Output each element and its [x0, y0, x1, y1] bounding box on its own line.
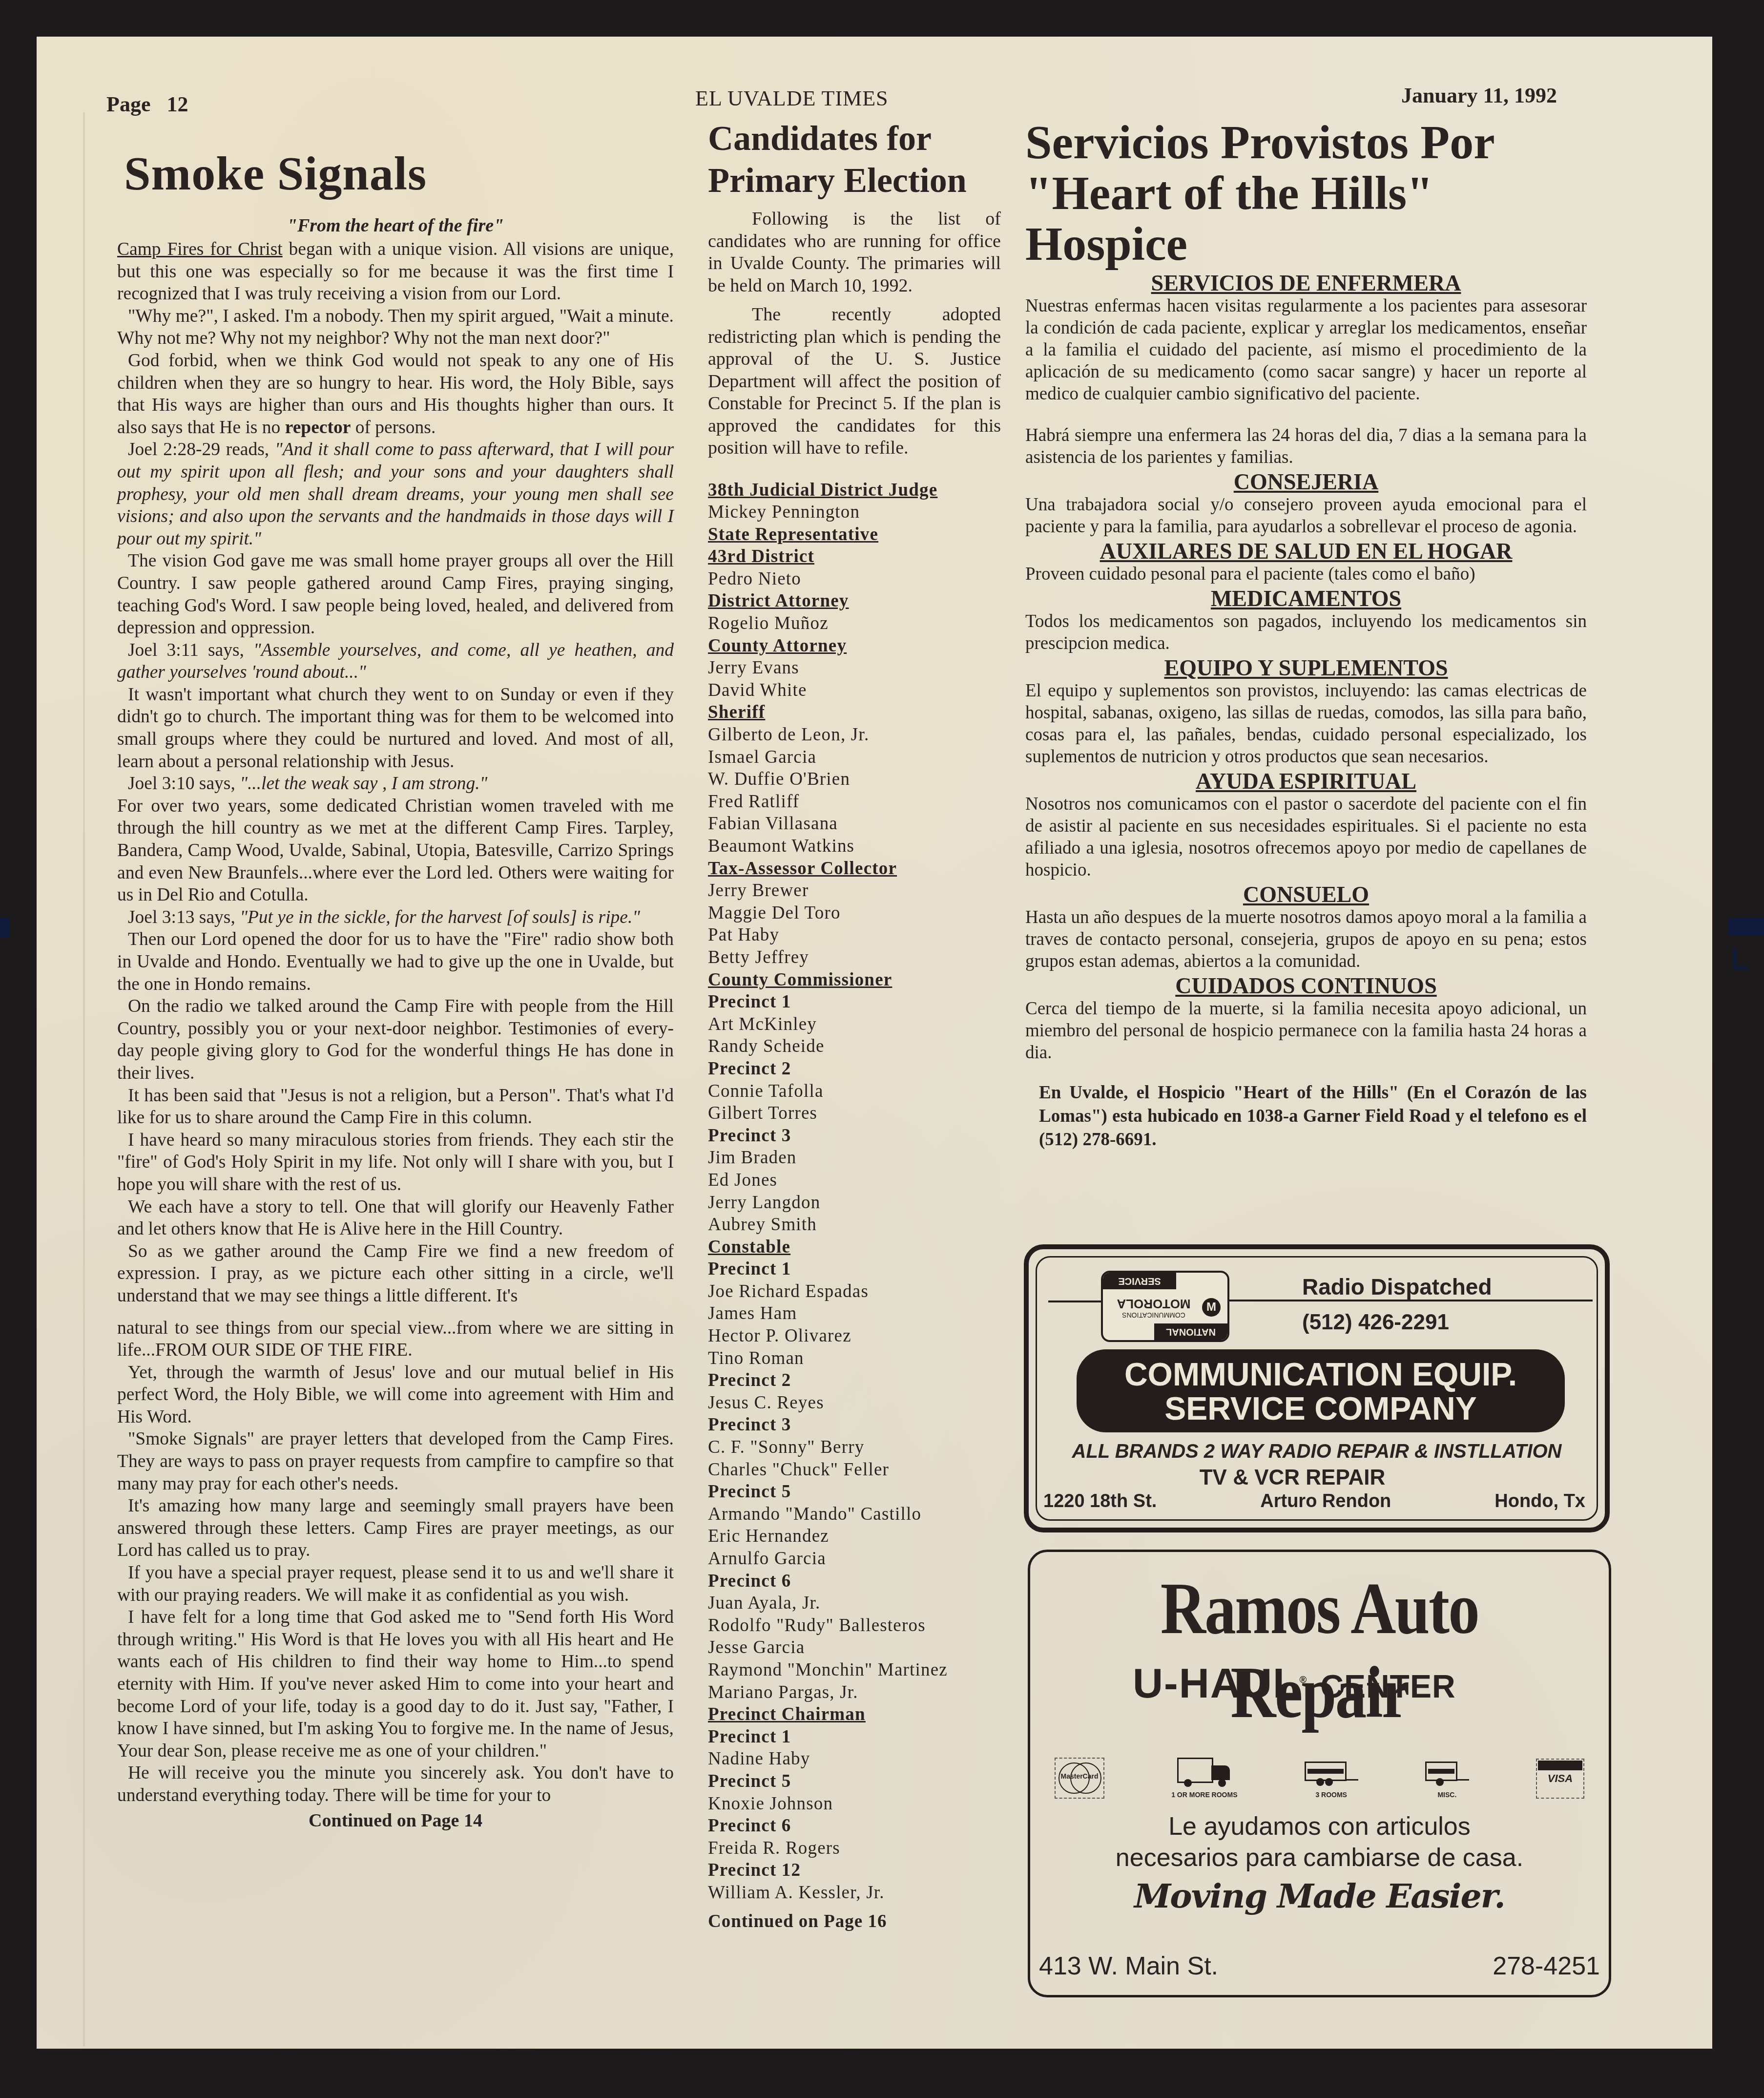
company-line: SERVICE COMPANY	[1077, 1391, 1565, 1426]
candidate-name: Ed Jones	[708, 1169, 1001, 1192]
candidate-name: Juan Ayala, Jr.	[708, 1592, 1001, 1615]
candidate-name: Art McKinley	[708, 1013, 1001, 1036]
ad-services: ALL BRANDS 2 WAY RADIO REPAIR & INSTLLAT…	[1029, 1441, 1605, 1463]
communication-equip-ad: SERVICE COMMUNICATIONS MOTOROLA M NATION…	[1024, 1244, 1610, 1532]
candidate-name: Knoxie Johnson	[708, 1793, 1001, 1815]
candidate-name: Charles "Chuck" Feller	[708, 1459, 1001, 1481]
office-heading: Constable	[708, 1236, 1001, 1259]
precinct-label: Precinct 2	[708, 1058, 1001, 1080]
paragraph: On the radio we talked around the Camp F…	[117, 995, 674, 1084]
paragraph: It's amazing how many large and seemingl…	[117, 1495, 674, 1562]
continued-link[interactable]: Continued on Page 16	[708, 1911, 1001, 1932]
paper-name: EL UVALDE TIMES	[695, 86, 889, 111]
precinct-label: Precinct 1	[708, 1726, 1001, 1748]
icon-caption: MISC.	[1437, 1791, 1456, 1799]
section-heading: CUIDADOS CONTINUOS	[1025, 974, 1587, 998]
article-title: Candidates for Primary Election	[708, 117, 1001, 201]
office-heading: Tax-Assessor Collector	[708, 858, 1001, 880]
paragraph: I have felt for a long time that God ask…	[117, 1606, 674, 1762]
radio-dispatched: Radio Dispatched	[1302, 1274, 1492, 1300]
office-heading: Precinct Chairman	[708, 1703, 1001, 1726]
title-line: Candidates for	[708, 117, 1001, 159]
icon-caption: 1 OR MORE ROOMS	[1171, 1791, 1237, 1799]
icon-caption: 3 ROOMS	[1315, 1791, 1347, 1799]
company-name-banner: COMMUNICATION EQUIP. SERVICE COMPANY	[1077, 1349, 1565, 1432]
article-subtitle: "From the heart of the fire"	[117, 215, 674, 236]
section-heading: AUXILARES DE SALUD EN EL HOGAR	[1025, 540, 1587, 563]
paper-fold	[83, 112, 85, 2046]
candidate-name: William A. Kessler, Jr.	[708, 1882, 1001, 1904]
logo-tab: NATIONAL	[1154, 1323, 1227, 1340]
candidate-name: David White	[708, 679, 1001, 702]
scripture-quote: "Put ye in the sickle, for the harvest […	[240, 907, 640, 927]
small-trailer-icon: MISC.	[1425, 1762, 1469, 1799]
background-strip	[0, 918, 10, 938]
ad-title: Ramos Auto Repair	[1071, 1567, 1568, 1735]
candidate-name: Joe Richard Espadas	[708, 1280, 1001, 1303]
title-line: Primary Election	[708, 159, 1001, 201]
ad-phone: (512) 426-2291	[1302, 1310, 1449, 1335]
truck-icon: 1 OR MORE ROOMS	[1171, 1758, 1237, 1799]
article-title: Smoke Signals	[124, 147, 674, 201]
divider	[1048, 1301, 1102, 1302]
precinct-label: Precinct 5	[708, 1770, 1001, 1793]
candidate-name: Aubrey Smith	[708, 1214, 1001, 1236]
icon-label: VISA	[1537, 1772, 1583, 1785]
section-paragraph: Una trabajadora social y/o consejero pro…	[1025, 494, 1587, 538]
section-heading: CONSUELO	[1025, 883, 1587, 906]
issue-date: January 11, 1992	[1401, 83, 1557, 108]
candidate-name: Hector P. Olivarez	[708, 1325, 1001, 1347]
tagline-line: Le ayudamos con articulos	[1030, 1811, 1609, 1842]
camp-fires-link[interactable]: Camp Fires for Christ	[117, 239, 283, 259]
hospice-address: En Uvalde, el Hospicio "Heart of the Hil…	[1039, 1081, 1587, 1152]
paragraph: We each have a story to tell. One that w…	[117, 1196, 674, 1240]
paragraph: For over two years, some dedicated Chris…	[117, 795, 674, 906]
paragraph: The recently adopted redistricting plan …	[708, 304, 1001, 460]
candidate-name: Jim Braden	[708, 1147, 1001, 1169]
paragraph: It has been said that "Jesus is not a re…	[117, 1085, 674, 1129]
spacer	[1025, 405, 1587, 424]
section-paragraph: Cerca del tiempo de la muerte, si la fam…	[1025, 998, 1587, 1064]
section-heading: CONSEJERIA	[1025, 470, 1587, 494]
logo-brand: MOTOROLA	[1110, 1296, 1198, 1311]
candidate-name: Connie Tafolla	[708, 1080, 1001, 1103]
candidate-name: Nadine Haby	[708, 1748, 1001, 1770]
ad-tv-repair: TV & VCR REPAIR	[980, 1466, 1605, 1490]
candidate-list: 38th Judicial District JudgeMickey Penni…	[708, 479, 1001, 1904]
office-heading: County Attorney	[708, 635, 1001, 657]
logo-name: COMMUNICATIONS MOTOROLA	[1110, 1296, 1198, 1319]
candidate-name: Jerry Evans	[708, 657, 1001, 679]
precinct-label: Precinct 3	[708, 1125, 1001, 1147]
candidate-name: Mickey Pennington	[708, 501, 1001, 524]
scripture-ref: Joel 2:28-29 reads,	[128, 440, 275, 460]
background-letter: L	[1731, 943, 1749, 976]
section-heading: EQUIPO Y SUPLEMENTOS	[1025, 656, 1587, 680]
candidate-name: Jerry Langdon	[708, 1192, 1001, 1214]
motorola-icon: M	[1202, 1298, 1221, 1317]
candidate-name: Rodolfo "Rudy" Ballesteros	[708, 1615, 1001, 1637]
continued-link[interactable]: Continued on Page 14	[117, 1810, 674, 1831]
candidate-name: Freida R. Rogers	[708, 1837, 1001, 1860]
large-trailer-icon: 3 ROOMS	[1305, 1762, 1358, 1799]
candidate-name: Jesse Garcia	[708, 1636, 1001, 1659]
scripture-quote: "...let the weak say , I am strong."	[240, 774, 487, 794]
section-heading: SERVICIOS DE ENFERMERA	[1025, 272, 1587, 295]
candidate-name: Mariano Pargas, Jr.	[708, 1681, 1001, 1704]
office-heading: District Attorney	[708, 590, 1001, 612]
candidate-name: W. Duffie O'Brien	[708, 768, 1001, 791]
hospice-article: Servicios Provistos Por "Heart of the Hi…	[1025, 117, 1587, 1152]
office-heading: Sheriff	[708, 701, 1001, 724]
paragraph: Then our Lord opened the door for us to …	[117, 928, 674, 995]
candidate-name: Ismael Garcia	[708, 746, 1001, 769]
article-intro: Following is the list of candidates who …	[708, 208, 1001, 460]
section-paragraph: Proveen cuidado pesonal para el paciente…	[1025, 563, 1587, 585]
ad-slogan: Moving Made Easier.	[1030, 1877, 1609, 1916]
precinct-label: Precinct 2	[708, 1369, 1001, 1392]
visa-icon: VISA	[1536, 1759, 1584, 1799]
page-number: Page 12	[106, 92, 188, 117]
scripture-ref: Joel 3:11 says,	[128, 640, 253, 660]
paragraph: He will receive you the minute you since…	[117, 1762, 674, 1806]
paragraph: "Smoke Signals" are prayer letters that …	[117, 1428, 674, 1495]
paragraph: of persons.	[351, 418, 436, 438]
candidate-name: Eric Hernandez	[708, 1525, 1001, 1548]
section-paragraph: Habrá siempre una enfermera las 24 horas…	[1025, 424, 1587, 468]
precinct-label: Precinct 1	[708, 1258, 1001, 1280]
article-title: Servicios Provistos Por "Heart of the Hi…	[1025, 117, 1587, 270]
candidates-article: Candidates for Primary Election Followin…	[708, 117, 1001, 1932]
icon-label: MasterCard	[1057, 1772, 1102, 1780]
mastercard-icon: MasterCard	[1055, 1758, 1104, 1799]
paragraph: The vision God gave me was small home pr…	[117, 550, 674, 639]
candidate-name: Beaumont Watkins	[708, 835, 1001, 858]
registered-mark: ®	[1300, 1675, 1308, 1685]
candidate-name: Gilberto de Leon, Jr.	[708, 724, 1001, 746]
candidate-name: Gilbert Torres	[708, 1102, 1001, 1125]
ad-owner: Arturo Rendon	[1260, 1491, 1391, 1512]
title-line: "Heart of the Hills"	[1025, 168, 1587, 219]
candidate-name: Tino Roman	[708, 1347, 1001, 1370]
office-heading: County Commissioner	[708, 969, 1001, 991]
paragraph: Following is the list of candidates who …	[708, 208, 1001, 297]
hospice-sections: SERVICIOS DE ENFERMERANuestras enfermas …	[1025, 272, 1587, 1064]
paragraph: I have heard so many miraculous stories …	[117, 1129, 674, 1196]
candidate-name: Fabian Villasana	[708, 813, 1001, 835]
tagline-line: necesarios para cambiarse de casa.	[1030, 1842, 1609, 1873]
page-label: Page	[106, 92, 150, 116]
precinct-label: Precinct 5	[708, 1481, 1001, 1503]
scripture-ref: Joel 3:13 says,	[128, 907, 240, 927]
precinct-label: Precinct 6	[708, 1570, 1001, 1593]
candidate-name: Pedro Nieto	[708, 568, 1001, 590]
paragraph: If you have a special prayer request, pl…	[117, 1562, 674, 1606]
section-paragraph: Nosotros nos comunicamos con el pastor o…	[1025, 793, 1587, 881]
candidate-name: Arnulfo Garcia	[708, 1548, 1001, 1570]
candidate-name: Fred Ratliff	[708, 791, 1001, 813]
ad-icons: MasterCard 1 OR MORE ROOMS 3 ROOMS MISC.…	[1055, 1745, 1584, 1799]
uhaul-center: CENTER	[1320, 1668, 1455, 1704]
paragraph: So as we gather around the Camp Fire we …	[117, 1240, 674, 1307]
ad-address: 1220 18th St.	[1043, 1491, 1157, 1512]
candidate-name: James Ham	[708, 1302, 1001, 1325]
ad-address: 413 W. Main St.	[1039, 1951, 1218, 1981]
candidate-name: Betty Jeffrey	[708, 946, 1001, 969]
candidate-name: Armando "Mando" Castillo	[708, 1503, 1001, 1526]
office-heading: 38th Judicial District Judge	[708, 479, 1001, 502]
precinct-label: Precinct 1	[708, 991, 1001, 1013]
section-paragraph: El equipo y suplementos son provistos, i…	[1025, 680, 1587, 768]
ad-footer: 413 W. Main St. 278-4251	[1039, 1951, 1600, 1981]
precinct-label: Precinct 6	[708, 1815, 1001, 1837]
paragraph: natural to see things from our special v…	[117, 1317, 674, 1362]
bold-word: repector	[285, 418, 351, 438]
paragraph: Yet, through the warmth of Jesus' love a…	[117, 1362, 674, 1428]
candidate-name: Raymond "Monchin" Martinez	[708, 1659, 1001, 1681]
office-heading: State Representative	[708, 524, 1001, 546]
candidate-name: Jerry Brewer	[708, 880, 1001, 902]
section-paragraph: Nuestras enfermas hacen visitas regularm…	[1025, 295, 1587, 405]
smoke-signals-article: Smoke Signals "From the heart of the fir…	[117, 147, 674, 1831]
section-paragraph: Todos los medicamentos son pagados, incl…	[1025, 610, 1587, 654]
candidate-name: Jesus C. Reyes	[708, 1392, 1001, 1414]
section-heading: AYUDA ESPIRITUAL	[1025, 770, 1587, 793]
company-line: COMMUNICATION EQUIP.	[1077, 1357, 1565, 1391]
candidate-name: Pat Haby	[708, 924, 1001, 946]
candidate-name: Maggie Del Toro	[708, 902, 1001, 924]
article-body: Camp Fires for Christ began with a uniqu…	[117, 238, 674, 1807]
paragraph: It wasn't important what church they wen…	[117, 684, 674, 773]
logo-tab: SERVICE	[1103, 1273, 1176, 1289]
ad-tagline: Le ayudamos con articulos necesarios par…	[1030, 1811, 1609, 1873]
precinct-label: Precinct 3	[708, 1414, 1001, 1436]
uhaul-wordmark: U-HAUL	[1133, 1660, 1300, 1707]
candidate-name: C. F. "Sonny" Berry	[708, 1436, 1001, 1459]
motorola-logo: SERVICE COMMUNICATIONS MOTOROLA M NATION…	[1101, 1271, 1229, 1342]
page-number-value: 12	[166, 92, 188, 116]
scripture-ref: Joel 3:10 says,	[128, 774, 240, 794]
ramos-auto-repair-ad: Ramos Auto Repair U-HAUL® CENTER MasterC…	[1028, 1550, 1611, 1997]
logo-sub: COMMUNICATIONS	[1110, 1311, 1198, 1319]
office-heading: 43rd District	[708, 545, 1001, 568]
ad-footer: 1220 18th St. Arturo Rendon Hondo, Tx	[1043, 1491, 1585, 1512]
candidate-name: Rogelio Muñoz	[708, 612, 1001, 635]
section-heading: MEDICAMENTOS	[1025, 587, 1587, 610]
candidate-name: Randy Scheide	[708, 1035, 1001, 1058]
background-strip	[1728, 918, 1764, 936]
precinct-label: Precinct 12	[708, 1859, 1001, 1882]
title-line: Hospice	[1025, 219, 1587, 270]
uhaul-logo: U-HAUL® CENTER	[1133, 1659, 1456, 1708]
title-line: Servicios Provistos Por	[1025, 117, 1587, 168]
ad-city: Hondo, Tx	[1494, 1491, 1585, 1512]
paragraph: "Why me?", I asked. I'm a nobody. Then m…	[117, 305, 674, 350]
section-paragraph: Hasta un año despues de la muerte nosotr…	[1025, 906, 1587, 972]
ad-phone: 278-4251	[1493, 1951, 1600, 1981]
